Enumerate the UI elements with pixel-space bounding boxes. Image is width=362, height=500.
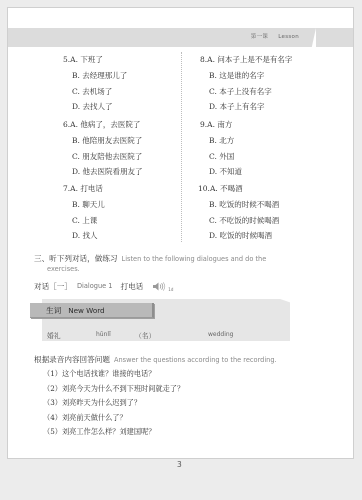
option-b: B. 这是谁的名字 (200, 68, 292, 84)
option-b: B. 他陪朋友去医院了 (63, 133, 143, 149)
option-a: A. 他病了，去医院了 (70, 120, 140, 129)
answer-question: （3）刘亮昨天为什么迟到了？ (43, 396, 184, 411)
option-c: C. 本子上没有名字 (200, 84, 292, 100)
option-a: A. 不喝酒 (210, 184, 243, 193)
dialogue-label-cn: 对话［一］ (34, 281, 72, 292)
speaker-icon[interactable] (153, 282, 167, 291)
answer-question: （4）刘亮前天做什么了？ (43, 411, 184, 426)
chapter-en: Lesson (278, 34, 299, 40)
section-title-en-cont: exercises. (34, 265, 334, 274)
option-b: B. 吃饭的时候不喝酒 (198, 197, 279, 213)
answer-title-cn: 根据录音内容回答问题 (34, 355, 110, 364)
section-3-heading: 三、听下列对话，做练习Listen to the following dialo… (34, 253, 334, 274)
option-c: C. 去机场了 (63, 84, 127, 100)
dialogue-heading: 对话［一］ Dialogue 1 打电话 1d (34, 280, 173, 292)
vocab-word: 婚礼 (47, 330, 61, 340)
option-d: D. 找人 (63, 228, 105, 244)
section-title-cn: 三、听下列对话，做练习 (34, 254, 118, 263)
question-9: 9.A. 南方 B. 北方 C. 外国 D. 不知道 (200, 117, 242, 180)
option-c: C. 上课 (63, 213, 105, 229)
option-d: D. 不知道 (200, 164, 242, 180)
new-word-title-en: New Word (68, 306, 104, 315)
question-number: 10. (198, 184, 210, 193)
option-a: A. 下班了 (70, 55, 103, 64)
section-title-en: Listen to the following dialogues and do… (122, 255, 267, 263)
answer-question-list: （1）这个电话找谁？谁接的电话？ （2）刘亮今天为什么不到下班时间就走了？ （3… (43, 367, 184, 440)
new-word-title-cn: 生词 (46, 305, 61, 316)
option-a: A. 打电话 (70, 184, 103, 193)
vocab-pos: （名） (135, 330, 155, 340)
dialogue-topic: 打电话 (121, 281, 144, 292)
option-b: B. 北方 (200, 133, 242, 149)
vocab-meaning: wedding (208, 331, 234, 338)
option-d: D. 他去医院看朋友了 (63, 164, 143, 180)
option-c: C. 不吃饭的时候喝酒 (198, 213, 279, 229)
chapter-cn: 第一课 (251, 34, 268, 40)
answer-section-title: 根据录音内容回答问题Answer the questions according… (34, 354, 277, 365)
question-6: 6.A. 他病了，去医院了 B. 他陪朋友去医院了 C. 朋友陪他去医院了 D.… (63, 117, 143, 180)
option-c: C. 外国 (200, 149, 242, 165)
vocab-pinyin: hūnlǐ (96, 331, 111, 338)
option-c: C. 朋友陪他去医院了 (63, 149, 143, 165)
option-d: D. 去找人了 (63, 99, 127, 115)
new-word-tab: 生词 New Word (30, 303, 154, 318)
answer-title-en: Answer the questions according to the re… (114, 356, 277, 364)
option-b: B. 聊天儿 (63, 197, 105, 213)
question-8: 8.A. 问本子上是不是有名字 B. 这是谁的名字 C. 本子上没有名字 D. … (200, 52, 292, 115)
option-d: D. 本子上有名字 (200, 99, 292, 115)
option-d: D. 吃饭的时候喝酒 (198, 228, 279, 244)
header-band (8, 28, 353, 47)
page-number: 3 (177, 460, 182, 469)
option-b: B. 去经理那儿了 (63, 68, 127, 84)
question-10: 10.A. 不喝酒 B. 吃饭的时候不喝酒 C. 不吃饭的时候喝酒 D. 吃饭的… (198, 181, 279, 244)
track-number: 1d (168, 287, 173, 292)
question-7: 7.A. 打电话 B. 聊天儿 C. 上课 D. 找人 (63, 181, 105, 244)
option-a: A. 南方 (207, 120, 232, 129)
dialogue-label-en: Dialogue 1 (77, 282, 113, 290)
lesson-header: 第一课 Lesson (251, 32, 299, 40)
column-divider (181, 52, 182, 242)
question-5: 5.A. 下班了 B. 去经理那儿了 C. 去机场了 D. 去找人了 (63, 52, 127, 115)
answer-question: （5）刘亮工作怎么样？刘建国呢？ (43, 425, 184, 440)
option-a: A. 问本子上是不是有名字 (207, 55, 292, 64)
answer-question: （1）这个电话找谁？谁接的电话？ (43, 367, 184, 382)
answer-question: （2）刘亮今天为什么不到下班时间就走了？ (43, 382, 184, 397)
